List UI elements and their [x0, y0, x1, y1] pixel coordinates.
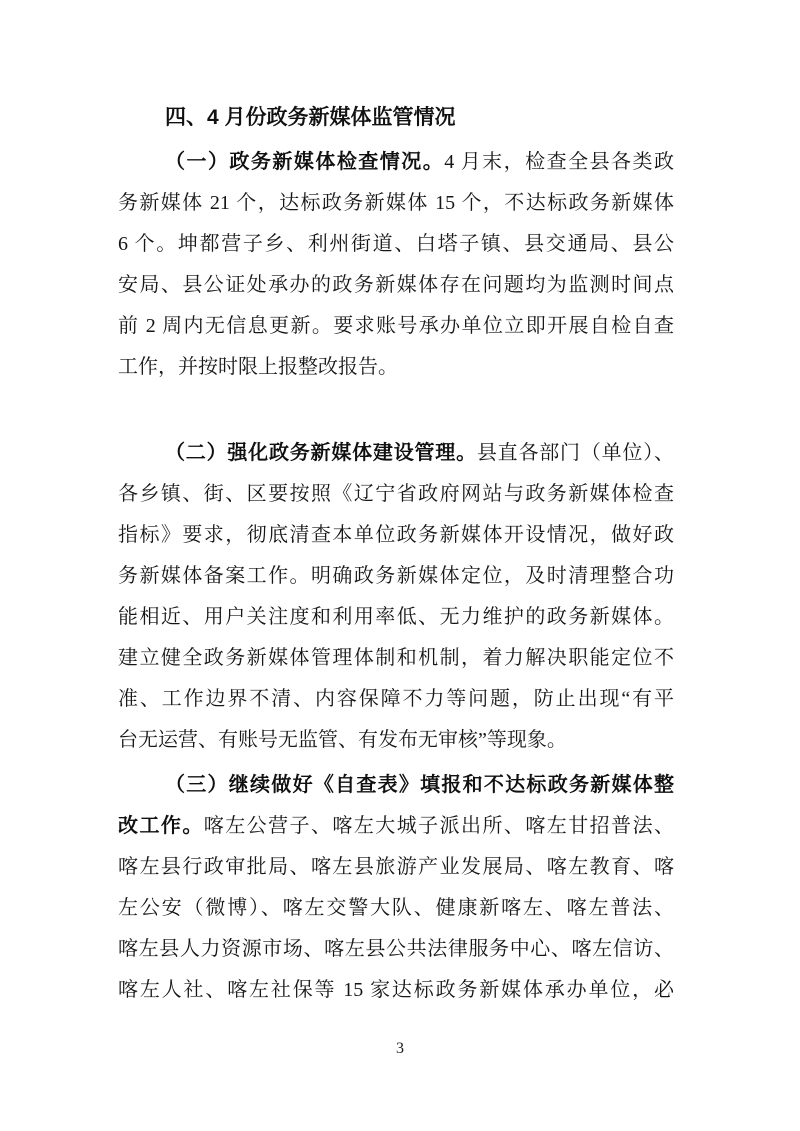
text-line: 务新媒体 21 个，达标政务新媒体 15 个，不达标政务新媒体: [118, 183, 674, 224]
text-line: 准、工作边界不清、内容保障不力等问题，防止出现“有平: [118, 679, 674, 720]
text-line: 建立健全政务新媒体管理体制和机制，着力解决职能定位不: [118, 638, 674, 679]
text-run: 6 个。坤都营子乡、利州街道、白塔子镇、县交通局、县公: [118, 233, 674, 255]
text-run: 工作，并按时限上报整改报告。: [118, 356, 398, 378]
section-heading: 四、4 月份政务新媒体监管情况: [118, 97, 674, 138]
text-run: 能相近、用户关注度和利用率低、无力维护的政务新媒体。: [118, 606, 674, 628]
text-line: （一）政务新媒体检查情况。4 月末，检查全县各类政: [118, 142, 674, 183]
text-line: 喀左县人力资源市场、喀左县公共法律服务中心、喀左信访、: [118, 929, 674, 970]
text-line: （二）强化政务新媒体建设管理。县直各部门（单位）、: [118, 433, 674, 474]
text-line: 指标》要求，彻底清查本单位政务新媒体开设情况，做好政: [118, 515, 674, 556]
text-line: 6 个。坤都营子乡、利州街道、白塔子镇、县交通局、县公: [118, 224, 674, 265]
text-line: （三）继续做好《自查表》填报和不达标政务新媒体整: [118, 765, 674, 806]
text-line: 改工作。喀左公营子、喀左大城子派出所、喀左甘招普法、: [118, 806, 674, 847]
text-run: 喀左县行政审批局、喀左县旅游产业发展局、喀左教育、喀: [118, 856, 674, 878]
paragraph-1: （一）政务新媒体检查情况。4 月末，检查全县各类政务新媒体 21 个，达标政务新…: [118, 142, 674, 388]
text-run: 左公安（微博）、喀左交警大队、健康新喀左、喀左普法、: [118, 897, 674, 919]
text-run: 建立健全政务新媒体管理体制和机制，着力解决职能定位不: [118, 647, 674, 669]
paragraph-3: （三）继续做好《自查表》填报和不达标政务新媒体整改工作。喀左公营子、喀左大城子派…: [118, 765, 674, 1011]
text-line: 安局、县公证处承办的政务新媒体存在问题均为监测时间点: [118, 265, 674, 306]
text-line: 务新媒体备案工作。明确政务新媒体定位，及时清理整合功: [118, 556, 674, 597]
document-body: （一）政务新媒体检查情况。4 月末，检查全县各类政务新媒体 21 个，达标政务新…: [118, 138, 674, 1011]
text-line: 喀左县行政审批局、喀左县旅游产业发展局、喀左教育、喀: [118, 847, 674, 888]
text-line: 各乡镇、街、区要按照《辽宁省政府网站与政务新媒体检查: [118, 474, 674, 515]
text-line: 喀左人社、喀左社保等 15 家达标政务新媒体承办单位，必: [118, 970, 674, 1011]
text-run: 县直各部门（单位）、: [477, 442, 674, 464]
text-line: 工作，并按时限上报整改报告。: [118, 347, 674, 388]
bold-run: （二）强化政务新媒体建设管理。: [165, 442, 477, 464]
text-run: 喀左公营子、喀左大城子派出所、喀左甘招普法、: [204, 815, 674, 837]
text-run: 指标》要求，彻底清查本单位政务新媒体开设情况，做好政: [118, 524, 674, 546]
text-run: 喀左县人力资源市场、喀左县公共法律服务中心、喀左信访、: [118, 938, 674, 960]
text-run: 前 2 周内无信息更新。要求账号承办单位立即开展自检自查: [118, 315, 674, 337]
text-line: 能相近、用户关注度和利用率低、无力维护的政务新媒体。: [118, 597, 674, 638]
text-run: 台无运营、有账号无监管、有发布无审核”等现象。: [118, 729, 567, 751]
text-line: 左公安（微博）、喀左交警大队、健康新喀左、喀左普法、: [118, 888, 674, 929]
text-run: 准、工作边界不清、内容保障不力等问题，防止出现“有平: [118, 688, 674, 710]
bold-run: 改工作。: [118, 815, 204, 837]
text-line: 台无运营、有账号无监管、有发布无审核”等现象。: [118, 720, 674, 761]
text-run: 务新媒体备案工作。明确政务新媒体定位，及时清理整合功: [118, 565, 674, 587]
bold-run: （三）继续做好《自查表》填报和不达标政务新媒体整: [165, 774, 674, 796]
page-number: 3: [0, 1036, 800, 1062]
paragraph-2: （二）强化政务新媒体建设管理。县直各部门（单位）、各乡镇、街、区要按照《辽宁省政…: [118, 433, 674, 761]
text-run: 务新媒体 21 个，达标政务新媒体 15 个，不达标政务新媒体: [118, 192, 674, 214]
text-run: 喀左人社、喀左社保等 15 家达标政务新媒体承办单位，必: [118, 979, 674, 1001]
text-line: 前 2 周内无信息更新。要求账号承办单位立即开展自检自查: [118, 306, 674, 347]
document-page: 四、4 月份政务新媒体监管情况 （一）政务新媒体检查情况。4 月末，检查全县各类…: [0, 0, 800, 1131]
text-run: 安局、县公证处承办的政务新媒体存在问题均为监测时间点: [118, 274, 674, 296]
bold-run: （一）政务新媒体检查情况。: [165, 151, 444, 173]
text-run: 各乡镇、街、区要按照《辽宁省政府网站与政务新媒体检查: [118, 483, 674, 505]
text-run: 4 月末，检查全县各类政: [444, 151, 674, 173]
